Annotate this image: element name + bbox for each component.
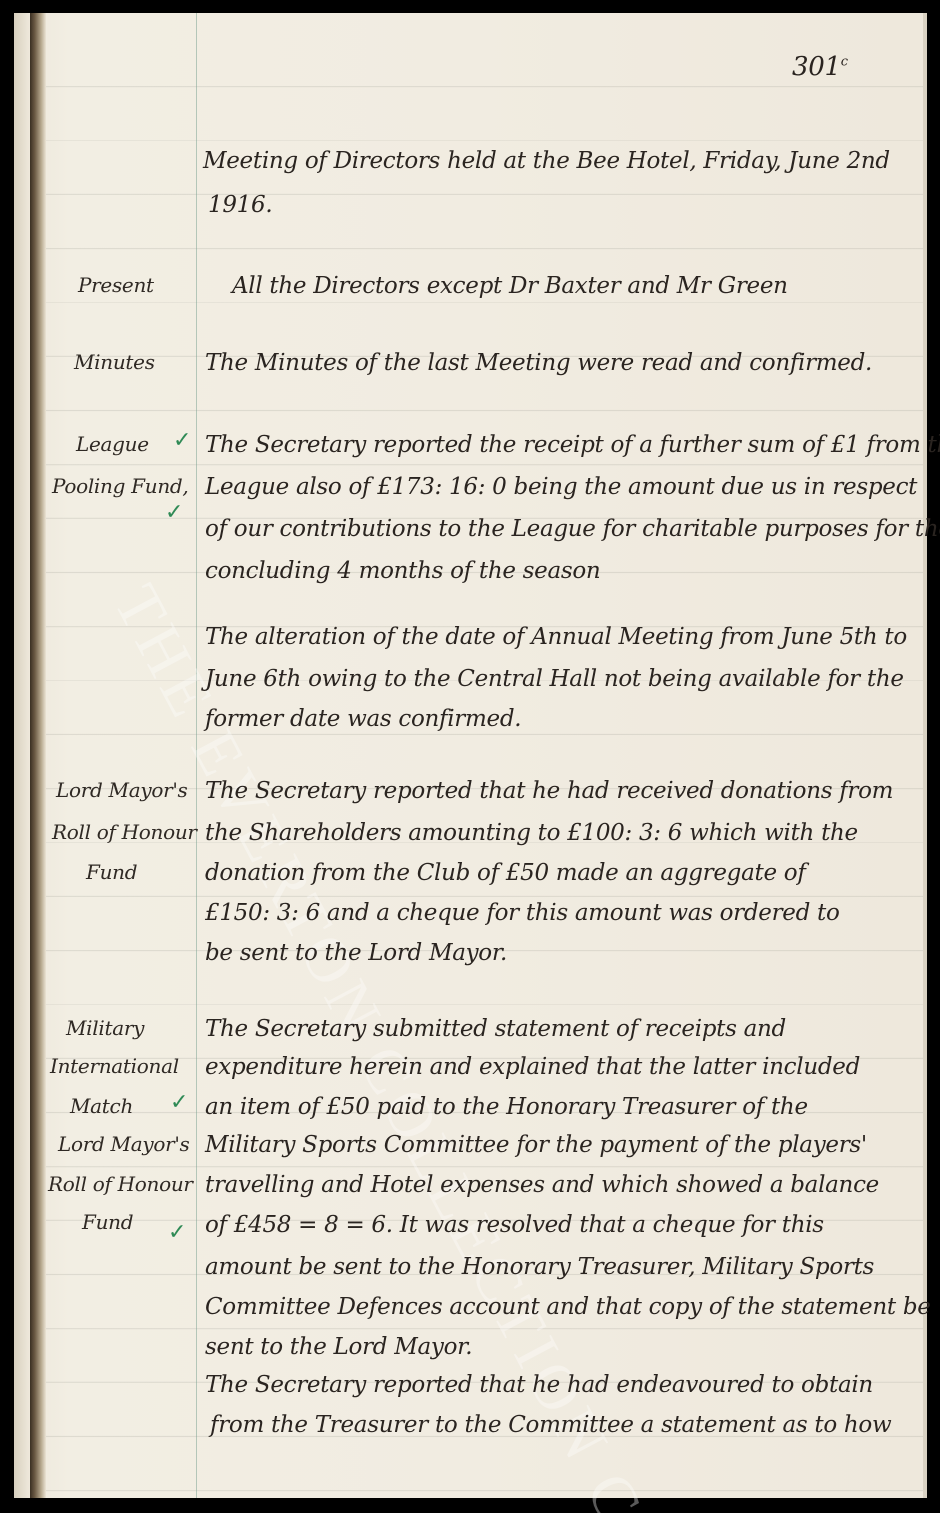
margin-note-military: Military xyxy=(66,1016,144,1040)
margin-note-roll-of-honour: Roll of Honour xyxy=(52,820,197,844)
margin-note-league: League xyxy=(76,432,149,456)
entry-line: June 6th owing to the Central Hall not b… xyxy=(205,666,904,692)
entry-line: donation from the Club of £50 made an ag… xyxy=(205,860,806,886)
entry-line: an item of £50 paid to the Honorary Trea… xyxy=(205,1094,808,1120)
meeting-heading-line2: 1916. xyxy=(208,192,272,218)
entry-line: former date was confirmed. xyxy=(205,706,521,732)
entry-line: £150: 3: 6 and a cheque for this amount … xyxy=(205,900,840,926)
entry-line: expenditure herein and explained that th… xyxy=(205,1054,860,1080)
green-check-icon: ✓ xyxy=(168,1220,186,1245)
entry-line: sent to the Lord Mayor. xyxy=(205,1334,472,1360)
meeting-heading-line1: Meeting of Directors held at the Bee Hot… xyxy=(203,148,890,174)
entry-line: from the Treasurer to the Committee a st… xyxy=(210,1412,891,1438)
page-number-suffix: c xyxy=(841,54,848,69)
margin-note-present: Present xyxy=(78,273,154,297)
margin-note-match: Match xyxy=(70,1094,133,1118)
green-check-icon: ✓ xyxy=(165,500,183,525)
book-gutter xyxy=(30,13,46,1498)
present-line: All the Directors except Dr Baxter and M… xyxy=(232,273,788,299)
margin-note-pooling-fund: Pooling Fund, xyxy=(52,474,188,498)
margin-note-lord-mayors: Lord Mayor's xyxy=(56,778,188,802)
entry-line: Committee Defences account and that copy… xyxy=(205,1294,931,1320)
margin-note-fund-2: Fund xyxy=(82,1210,133,1234)
entry-line: The Secretary reported that he had endea… xyxy=(205,1372,873,1398)
entry-line: the Shareholders amounting to £100: 3: 6… xyxy=(205,820,858,846)
margin-note-roll-of-honour-2: Roll of Honour xyxy=(48,1172,193,1196)
entry-line: travelling and Hotel expenses and which … xyxy=(205,1172,879,1198)
margin-note-lord-mayors-2: Lord Mayor's xyxy=(58,1132,190,1156)
page-number-value: 301 xyxy=(792,52,841,82)
entry-line: of our contributions to the League for c… xyxy=(205,516,940,542)
page-number: 301c xyxy=(792,52,848,82)
margin-rule xyxy=(196,13,197,1498)
entry-line: amount be sent to the Honorary Treasurer… xyxy=(205,1254,874,1280)
entry-line: League also of £173: 16: 0 being the amo… xyxy=(205,474,917,500)
entry-line: concluding 4 months of the season xyxy=(205,558,600,584)
margin-note-international: International xyxy=(50,1054,179,1078)
green-check-icon: ✓ xyxy=(170,1090,188,1115)
facing-page-edge xyxy=(14,13,30,1498)
entry-line: The alteration of the date of Annual Mee… xyxy=(205,624,907,650)
margin-note-fund: Fund xyxy=(86,860,137,884)
entry-line: The Secretary reported that he had recei… xyxy=(205,778,893,804)
entry-line: The Secretary submitted statement of rec… xyxy=(205,1016,786,1042)
entry-line: The Secretary reported the receipt of a … xyxy=(205,432,940,458)
green-check-icon: ✓ xyxy=(173,428,191,453)
entry-line: Military Sports Committee for the paymen… xyxy=(205,1132,867,1158)
margin-note-minutes: Minutes xyxy=(74,350,155,374)
entry-line: of £458 = 8 = 6. It was resolved that a … xyxy=(205,1212,824,1238)
minutes-line: The Minutes of the last Meeting were rea… xyxy=(205,350,872,376)
entry-line: be sent to the Lord Mayor. xyxy=(205,940,507,966)
page-edge xyxy=(923,13,927,1498)
